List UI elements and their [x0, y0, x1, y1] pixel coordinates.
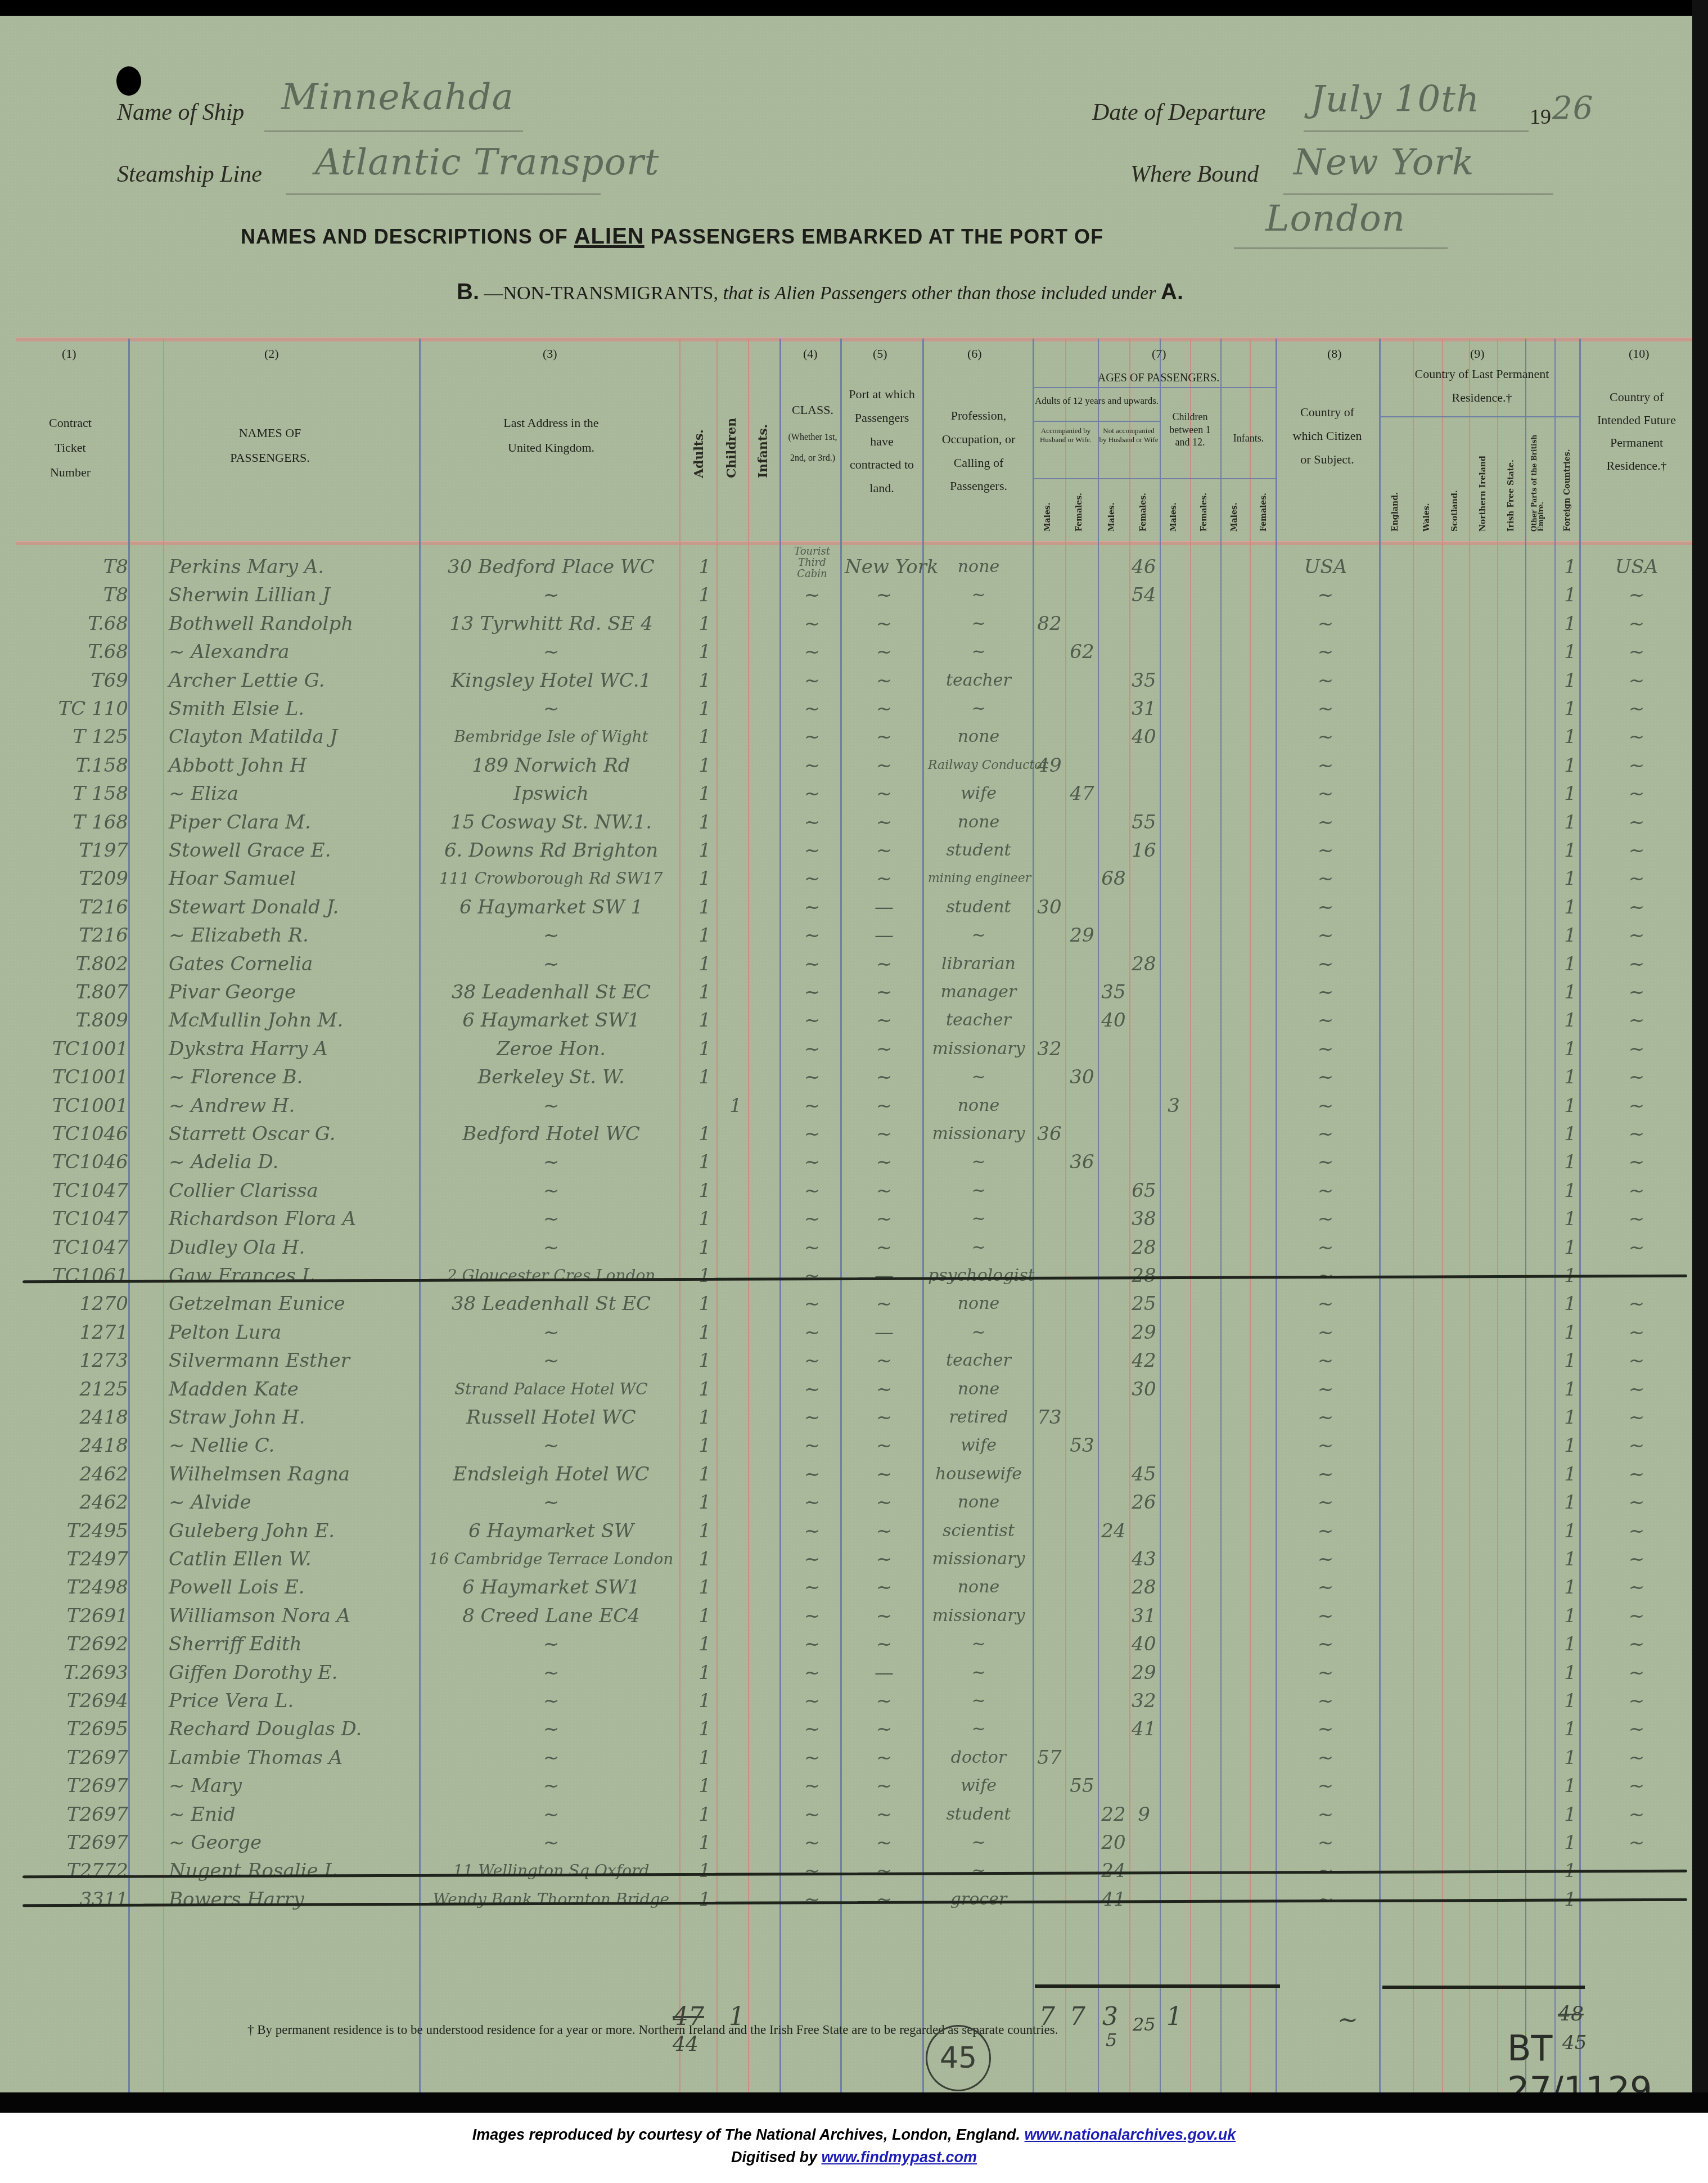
age-not-accompanied-female: 55: [1129, 809, 1159, 835]
adult-count: 1: [691, 1745, 719, 1771]
ticket-number: T2697: [33, 1802, 128, 1828]
future-residence: ~: [1592, 1631, 1682, 1657]
residence-foreign-countries: 1: [1559, 979, 1581, 1005]
ticket-number: T 168: [33, 809, 128, 835]
adult-count: 1: [691, 1887, 719, 1912]
ticket-number: T2697: [33, 1773, 128, 1799]
adult-count: 1: [691, 668, 719, 694]
citizenship: ~: [1278, 1121, 1373, 1147]
residence-foreign-countries: 1: [1559, 1830, 1581, 1856]
class: ~: [785, 866, 839, 892]
ticket-number: T2697: [33, 1745, 128, 1771]
port-of-landing: ~: [845, 1093, 923, 1119]
total-children-males: 1: [1166, 2002, 1182, 2031]
adult-count: 1: [691, 979, 719, 1005]
occupation: none: [928, 809, 1029, 835]
future-residence: ~: [1592, 979, 1682, 1005]
port-value: London: [1265, 198, 1405, 240]
ticket-number: 2125: [33, 1376, 128, 1402]
class: ~: [785, 1007, 839, 1033]
table-row: 2462~ Alvide~1~~none26~1~: [0, 1489, 1708, 1515]
circled-total: 45: [926, 2025, 991, 2091]
age-accompanied-male: 82: [1034, 611, 1065, 637]
future-residence: ~: [1592, 922, 1682, 948]
ticket-number: T8: [33, 582, 128, 608]
citizenship: ~: [1278, 838, 1373, 863]
port-of-landing: ~: [845, 1603, 923, 1629]
occupation: psychologist: [928, 1263, 1029, 1289]
class: ~: [785, 894, 839, 920]
future-residence: ~: [1592, 1745, 1682, 1771]
age-not-accompanied-female: 32: [1129, 1688, 1159, 1714]
ticket-number: T.158: [33, 753, 128, 778]
last-address: 30 Bedford Place WC: [427, 554, 675, 580]
passenger-name: Richardson Flora A: [169, 1206, 356, 1232]
col10-label: Country of Intended Future Permanent Res…: [1592, 386, 1682, 478]
adult-count: 1: [691, 1291, 719, 1317]
last-address: Kingsley Hotel WC.1: [427, 668, 675, 694]
port-of-landing: ~: [845, 1830, 923, 1856]
adult-count: 1: [691, 1518, 719, 1544]
table-row: T.807Pivar George38 Leadenhall St EC1~~m…: [0, 979, 1708, 1005]
adult-count: 1: [691, 894, 719, 920]
port-of-landing: ~: [845, 1064, 923, 1090]
ship-name-value: Minnekahda: [281, 76, 514, 118]
occupation: ~: [928, 1688, 1029, 1714]
occupation: grocer: [928, 1887, 1029, 1912]
occupation: ~: [928, 696, 1029, 722]
age-not-accompanied-male: 22: [1099, 1802, 1128, 1828]
ticket-number: T2691: [33, 1603, 128, 1629]
adult-count: 1: [691, 1263, 719, 1289]
total-acc-females: 7: [1070, 2002, 1085, 2031]
ticket-number: T2695: [33, 1716, 128, 1742]
last-address: ~: [427, 1433, 675, 1459]
ticket-number: T.807: [33, 979, 128, 1005]
last-address: Bembridge Isle of Wight: [427, 724, 675, 750]
col1-number: (1): [62, 346, 76, 362]
ticket-number: 2462: [33, 1489, 128, 1515]
adult-count: 1: [691, 1235, 719, 1261]
last-address: ~: [427, 1206, 675, 1232]
country-scotland: Scotland.: [1451, 490, 1459, 532]
future-residence: ~: [1592, 1348, 1682, 1374]
citizenship: ~: [1278, 1631, 1373, 1657]
where-bound-label: Where Bound: [1130, 161, 1259, 188]
age-not-accompanied-female: 28: [1129, 1263, 1159, 1289]
last-address: 8 Creed Lane EC4: [427, 1603, 675, 1629]
class: ~: [785, 1263, 839, 1289]
females-label: Females.: [1260, 493, 1268, 532]
future-residence: ~: [1592, 1149, 1682, 1175]
total-rule-ages: [1035, 1984, 1280, 1988]
ticket-number: T2495: [33, 1518, 128, 1544]
last-address: ~: [427, 1489, 675, 1515]
adults-12-up-label: Adults of 12 years and upwards.: [1035, 395, 1159, 407]
port-of-landing: ~: [845, 951, 923, 977]
adult-count: 1: [691, 1007, 719, 1033]
class: Tourist Third Cabin: [785, 546, 839, 580]
residence-foreign-countries: 1: [1559, 1716, 1581, 1742]
passenger-name: Stowell Grace E.: [169, 838, 331, 863]
age-not-accompanied-female: 25: [1129, 1291, 1159, 1317]
future-residence: ~: [1592, 1405, 1682, 1430]
adult-count: 1: [691, 1773, 719, 1799]
occupation: librarian: [928, 951, 1029, 977]
departure-value: July 10th: [1310, 79, 1480, 120]
future-residence: ~: [1592, 1518, 1682, 1544]
occupation: none: [928, 1093, 1029, 1119]
age-not-accompanied-female: 41: [1129, 1716, 1159, 1742]
adult-count: 1: [691, 696, 719, 722]
age-not-accompanied-male: 24: [1099, 1518, 1128, 1544]
occupation: retired: [928, 1405, 1029, 1430]
citizenship: ~: [1278, 1149, 1373, 1175]
passenger-name: Nugent Rosalie L.: [169, 1858, 343, 1884]
port-of-landing: ~: [845, 1007, 923, 1033]
steamship-line-value: Atlantic Transport: [315, 142, 659, 183]
country-foreign: Foreign Countries.: [1563, 449, 1571, 532]
age-not-accompanied-female: 40: [1129, 724, 1159, 750]
port-of-landing: —: [845, 922, 923, 948]
adult-count: 1: [691, 1433, 719, 1459]
occupation: wife: [928, 781, 1029, 807]
port-of-landing: ~: [845, 1149, 923, 1175]
occupation: ~: [928, 1064, 1029, 1090]
col7-subrule: [1034, 421, 1160, 422]
occupation: ~: [928, 582, 1029, 608]
ticket-number: TC1046: [33, 1149, 128, 1175]
last-address: 189 Norwich Rd: [427, 753, 675, 778]
passenger-name: Catlin Ellen W.: [169, 1546, 312, 1572]
last-address: ~: [427, 1093, 675, 1119]
occupation: missionary: [928, 1546, 1029, 1572]
port-of-landing: ~: [845, 1716, 923, 1742]
col6-number: (6): [967, 346, 982, 362]
citizenship: ~: [1278, 1773, 1373, 1799]
port-rule: [1234, 247, 1448, 249]
table-row: T2697~ George~1~~~20~1~: [0, 1830, 1708, 1856]
males-label: Males.: [1170, 502, 1178, 532]
age-not-accompanied-female: 35: [1129, 668, 1159, 694]
ticket-number: T2697: [33, 1830, 128, 1856]
adult-count: 1: [691, 922, 719, 948]
age-child-male: 3: [1160, 1093, 1188, 1119]
occupation: missionary: [928, 1036, 1029, 1062]
residence-foreign-countries: 1: [1559, 1121, 1581, 1147]
total-citizen: ~: [1337, 2006, 1358, 2035]
class: ~: [785, 1036, 839, 1062]
age-not-accompanied-female: 30: [1129, 1376, 1159, 1402]
credit-line-1: Images reproduced by courtesy of The Nat…: [0, 2126, 1708, 2144]
citizenship: ~: [1278, 582, 1373, 608]
last-address: Russell Hotel WC: [427, 1405, 675, 1430]
residence-foreign-countries: 1: [1559, 894, 1581, 920]
future-residence: ~: [1592, 1830, 1682, 1856]
females-label: Females.: [1075, 493, 1083, 532]
residence-foreign-countries: 1: [1559, 639, 1581, 665]
ticket-number: TC1047: [33, 1178, 128, 1204]
adult-count: 1: [691, 1574, 719, 1600]
age-accompanied-female: 30: [1066, 1064, 1098, 1090]
adult-count: 1: [691, 1376, 719, 1402]
adult-count: 1: [691, 1631, 719, 1657]
class: ~: [785, 1149, 839, 1175]
infants-header: Infants.: [757, 424, 769, 478]
age-not-accompanied-female: 28: [1129, 951, 1159, 977]
last-address: ~: [427, 1631, 675, 1657]
females-label: Females.: [1139, 493, 1147, 532]
table-row: T 158~ ElizaIpswich1~~wife47~1~: [0, 781, 1708, 807]
last-address: 6 Haymarket SW: [427, 1518, 675, 1544]
citizenship: ~: [1278, 1830, 1373, 1856]
passenger-name: Madden Kate: [169, 1376, 299, 1402]
females-label: Females.: [1200, 493, 1208, 532]
future-residence: ~: [1592, 1320, 1682, 1345]
citizenship: ~: [1278, 979, 1373, 1005]
subtitle-letter: B.: [457, 280, 479, 304]
accompanied-label: Accompanied by Husband or Wife.: [1035, 426, 1097, 445]
ticket-number: T2498: [33, 1574, 128, 1600]
class: ~: [785, 1858, 839, 1884]
table-row: TC1047Dudley Ola H.~1~~~28~1~: [0, 1235, 1708, 1261]
class: ~: [785, 1461, 839, 1487]
class: ~: [785, 838, 839, 863]
ticket-number: 1273: [33, 1348, 128, 1374]
ship-name-rule: [264, 130, 523, 132]
table-row: T2498Powell Lois E.6 Haymarket SW11~~non…: [0, 1574, 1708, 1600]
adult-count: 1: [691, 1320, 719, 1345]
scan-edge-top: [0, 0, 1708, 16]
class: ~: [785, 582, 839, 608]
passenger-name: Powell Lois E.: [169, 1574, 305, 1600]
class: ~: [785, 753, 839, 778]
port-of-landing: ~: [845, 1631, 923, 1657]
country-wales: Wales.: [1423, 503, 1431, 532]
class: ~: [785, 1660, 839, 1686]
port-of-landing: ~: [845, 1688, 923, 1714]
citizenship: ~: [1278, 809, 1373, 835]
class: ~: [785, 696, 839, 722]
citizenship: ~: [1278, 1660, 1373, 1686]
citizenship: USA: [1278, 554, 1373, 580]
passenger-name: Collier Clarissa: [169, 1178, 318, 1204]
ticket-number: T216: [33, 894, 128, 920]
future-residence: ~: [1592, 1461, 1682, 1487]
ticket-number: T.809: [33, 1007, 128, 1033]
col5-number: (5): [873, 346, 887, 362]
citizenship: ~: [1278, 1518, 1373, 1544]
age-accompanied-female: 62: [1066, 639, 1098, 665]
col9-label: Country of Last Permanent Residence.†: [1389, 362, 1575, 409]
class: ~: [785, 1376, 839, 1402]
port-of-landing: ~: [845, 1745, 923, 1771]
adult-count: 1: [691, 1688, 719, 1714]
future-residence: USA: [1592, 554, 1682, 580]
future-residence: ~: [1592, 668, 1682, 694]
passenger-name: Dudley Ola H.: [169, 1235, 305, 1261]
class: ~: [785, 951, 839, 977]
residence-foreign-countries: 1: [1559, 1064, 1581, 1090]
findmypast-link[interactable]: www.findmypast.com: [822, 2149, 977, 2166]
residence-foreign-countries: 1: [1559, 1348, 1581, 1374]
last-address: ~: [427, 639, 675, 665]
occupation: ~: [928, 1660, 1029, 1686]
residence-foreign-countries: 1: [1559, 1518, 1581, 1544]
col7-subrule: [1034, 387, 1276, 388]
port-of-landing: ~: [845, 611, 923, 637]
table-row: T209Hoar Samuel111 Crowborough Rd SW171~…: [0, 866, 1708, 892]
ticket-number: T.68: [33, 639, 128, 665]
subtitle-italic: that is Alien Passengers other than thos…: [723, 283, 1156, 304]
ticket-number: 2462: [33, 1461, 128, 1487]
class: ~: [785, 1291, 839, 1317]
residence-foreign-countries: 1: [1559, 1489, 1581, 1515]
age-not-accompanied-male: 68: [1099, 866, 1128, 892]
citizenship: ~: [1278, 781, 1373, 807]
last-address: ~: [427, 922, 675, 948]
citizenship: ~: [1278, 1405, 1373, 1430]
residence-foreign-countries: 1: [1559, 1291, 1581, 1317]
citizenship: ~: [1278, 1093, 1373, 1119]
occupation: ~: [928, 1178, 1029, 1204]
class: ~: [785, 1574, 839, 1600]
table-row: T.809McMullin John M.6 Haymarket SW11~~t…: [0, 1007, 1708, 1033]
citizenship: ~: [1278, 1348, 1373, 1374]
ticket-number: T.2693: [33, 1660, 128, 1686]
passenger-name: Clayton Matilda J: [169, 724, 337, 750]
residence-foreign-countries: 1: [1559, 1093, 1581, 1119]
header-bottom-rule: [16, 541, 1692, 545]
country-northern-ireland: Northern Ireland: [1479, 456, 1487, 532]
class: ~: [785, 1064, 839, 1090]
table-row: TC1001~ Andrew H.~1~~none3~1~: [0, 1093, 1708, 1119]
table-row: TC1001~ Florence B.Berkeley St. W.1~~~30…: [0, 1064, 1708, 1090]
table-row: 3311Bowers HarryWendy Bank Thornton Brid…: [0, 1887, 1708, 1912]
future-residence: ~: [1592, 1178, 1682, 1204]
col6-label: Profession, Occupation, or Calling of Pa…: [928, 404, 1029, 498]
citizenship: ~: [1278, 1235, 1373, 1261]
citizenship: ~: [1278, 724, 1373, 750]
port-of-landing: ~: [845, 1461, 923, 1487]
passenger-name: McMullin John M.: [169, 1007, 343, 1033]
table-row: TC1061Gaw Frances L2 Gloucester Cres Lon…: [0, 1263, 1708, 1289]
age-not-accompanied-male: 35: [1099, 979, 1128, 1005]
occupation: teacher: [928, 668, 1029, 694]
last-address: ~: [427, 1348, 675, 1374]
future-residence: ~: [1592, 1489, 1682, 1515]
future-residence: ~: [1592, 1007, 1682, 1033]
future-residence: ~: [1592, 1603, 1682, 1629]
adult-count: 1: [691, 1546, 719, 1572]
residence-foreign-countries: 1: [1559, 951, 1581, 977]
residence-foreign-countries: 1: [1559, 838, 1581, 863]
nationalarchives-link[interactable]: www.nationalarchives.gov.uk: [1025, 2126, 1236, 2143]
total-rule-country: [1382, 1986, 1585, 1989]
occupation: ~: [928, 639, 1029, 665]
last-address: 111 Crowborough Rd SW17: [427, 866, 675, 892]
table-row: T8Sherwin Lillian J~1~~~54~1~: [0, 582, 1708, 608]
port-of-landing: ~: [845, 1802, 923, 1828]
class: ~: [785, 1235, 839, 1261]
ticket-number: T197: [33, 838, 128, 863]
citizenship: ~: [1278, 1376, 1373, 1402]
total-notacc-males-corrected: 5: [1106, 2029, 1117, 2051]
citizenship: ~: [1278, 639, 1373, 665]
infants-label: Infants.: [1222, 432, 1276, 445]
passenger-name: Bothwell Randolph: [169, 611, 353, 637]
col7-subrule: [1034, 478, 1276, 479]
class: ~: [785, 668, 839, 694]
occupation: mining engineer: [928, 866, 1029, 892]
age-not-accompanied-female: 54: [1129, 582, 1159, 608]
residence-foreign-countries: 1: [1559, 1461, 1581, 1487]
future-residence: ~: [1592, 1802, 1682, 1828]
country-other-british-empire: Other Parts of the British Empire.: [1531, 408, 1544, 532]
section-subtitle: B. —NON-TRANSMIGRANTS, that is Alien Pas…: [457, 280, 1183, 305]
adult-count: 1: [691, 866, 719, 892]
residence-foreign-countries: 1: [1559, 1206, 1581, 1232]
ticket-number: T69: [33, 668, 128, 694]
future-residence: ~: [1592, 1064, 1682, 1090]
future-residence: ~: [1592, 838, 1682, 863]
citizenship: ~: [1278, 611, 1373, 637]
port-of-landing: ~: [845, 1489, 923, 1515]
citizenship: ~: [1278, 1064, 1373, 1090]
table-row: 1271Pelton Lura~1~—~29~1~: [0, 1320, 1708, 1345]
adult-count: 1: [691, 1489, 719, 1515]
last-address: ~: [427, 1745, 675, 1771]
adult-count: 1: [691, 838, 719, 863]
table-row: TC1001Dykstra Harry AZeroe Hon.1~~missio…: [0, 1036, 1708, 1062]
not-accompanied-label: Not accompanied by Husband or Wife: [1099, 426, 1159, 445]
ticket-number: 3311: [33, 1887, 128, 1912]
class: ~: [785, 1745, 839, 1771]
class: ~: [785, 724, 839, 750]
ticket-number: TC1047: [33, 1235, 128, 1261]
class: ~: [785, 1121, 839, 1147]
passenger-name: Price Vera L.: [169, 1688, 294, 1714]
ticket-number: T.68: [33, 611, 128, 637]
ticket-number: TC1001: [33, 1093, 128, 1119]
age-not-accompanied-male: 41: [1099, 1887, 1128, 1912]
future-residence: ~: [1592, 696, 1682, 722]
occupation: none: [928, 1489, 1029, 1515]
col9-number: (9): [1470, 346, 1485, 362]
form-title: NAMES AND DESCRIPTIONS OF ALIEN PASSENGE…: [241, 224, 1103, 249]
class: ~: [785, 1773, 839, 1799]
table-row: T.2693Giffen Dorothy E.~1~—~29~1~: [0, 1660, 1708, 1686]
last-address: ~: [427, 696, 675, 722]
credit-line-2: Digitised by www.findmypast.com: [0, 2149, 1708, 2166]
residence-foreign-countries: 1: [1559, 1007, 1581, 1033]
port-of-landing: New York: [845, 554, 923, 580]
class: ~: [785, 1518, 839, 1544]
citizenship: ~: [1278, 753, 1373, 778]
residence-foreign-countries: 1: [1559, 866, 1581, 892]
occupation: ~: [928, 1716, 1029, 1742]
ticket-number: 2418: [33, 1405, 128, 1430]
citizenship: ~: [1278, 1320, 1373, 1345]
occupation: ~: [928, 1149, 1029, 1175]
residence-foreign-countries: 1: [1559, 1149, 1581, 1175]
col7-label: AGES OF PASSENGERS.: [1069, 371, 1249, 385]
table-row: 1273Silvermann Esther~1~~teacher42~1~: [0, 1348, 1708, 1374]
departure-year-prefix: 19: [1530, 105, 1551, 129]
future-residence: ~: [1592, 1546, 1682, 1572]
class: ~: [785, 1887, 839, 1912]
ticket-number: TC1061: [33, 1263, 128, 1289]
